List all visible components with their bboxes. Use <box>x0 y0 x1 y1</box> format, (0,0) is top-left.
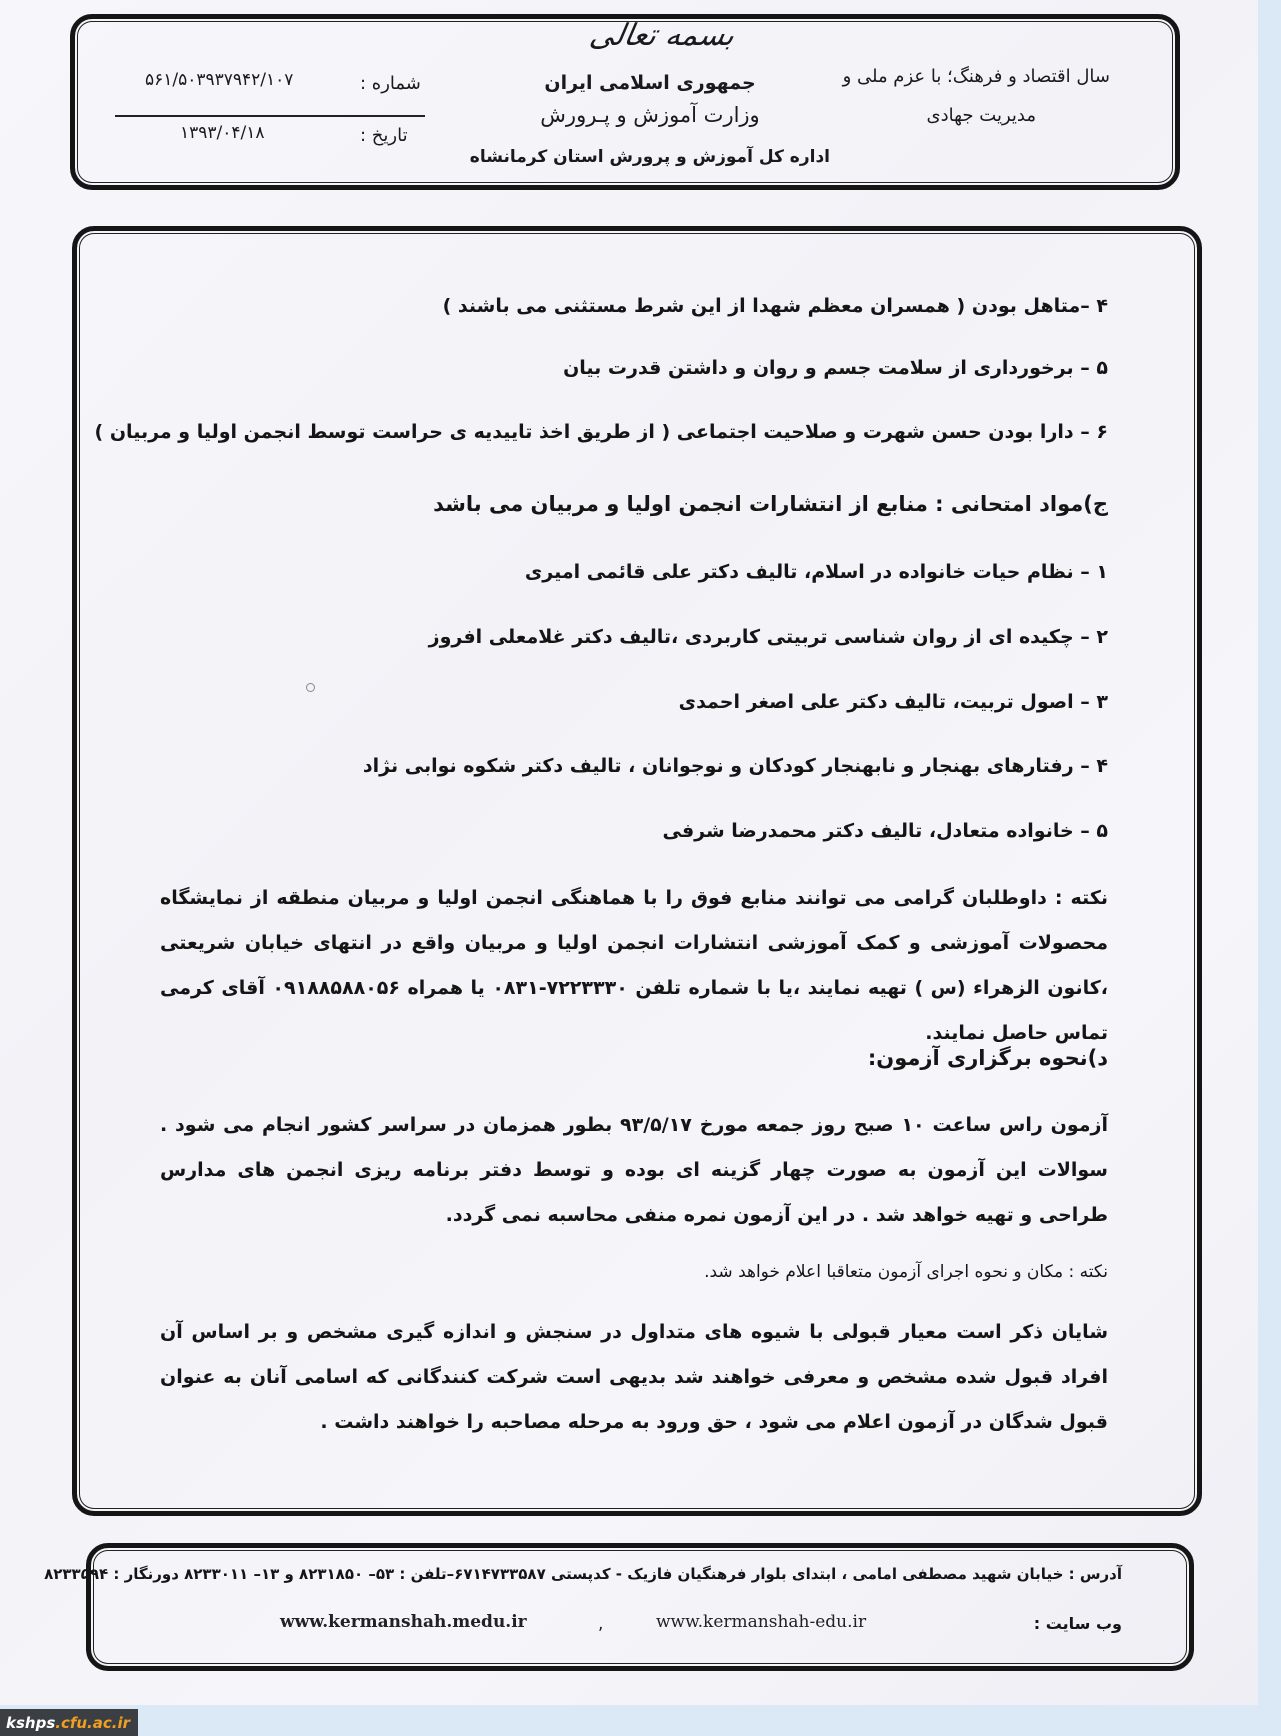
letter-page: بسمه تعالی جمهوری اسلامی ایران وزارت آمو… <box>0 0 1258 1705</box>
date-label: تاریخ : <box>360 125 408 146</box>
sources-note: نکته : داوطلبان گرامی می توانند منابع فو… <box>160 876 1108 1056</box>
site-watermark: kshps.cfu.ac.ir <box>0 1709 138 1736</box>
condition-item: ۶ – دارا بودن حسن شهرت و صلاحیت اجتماعی … <box>95 421 1108 443</box>
acceptance-paragraph: شایان ذکر است معیار قبولی با شیوه های مت… <box>160 1310 1108 1445</box>
header-divider <box>115 115 425 117</box>
footer-address: آدرس : خیابان شهید مصطفی امامی ، ابتدای … <box>44 1565 1122 1583</box>
watermark-part1: kshps <box>6 1714 55 1732</box>
source-item: ۴ – رفتارهای بهنجار و نابهنجار کودکان و … <box>363 755 1108 777</box>
source-item: ۲ – چکیده ای از روان شناسی تربیتی کاربرد… <box>429 626 1108 648</box>
condition-item: ۵ – برخورداری از سلامت جسم و روان و داشت… <box>563 357 1108 379</box>
condition-item: ۴ –متاهل بودن ( همسران معظم شهدا از این … <box>443 295 1108 317</box>
source-item: ۳ – اصول تربیت، تالیف دکتر علی اصغر احمد… <box>679 691 1108 713</box>
number-value: ۵۶۱/۵۰۳۹۳۷۹۴۲/۱۰۷ <box>145 70 293 90</box>
office-title: اداره کل آموزش و پرورش استان کرمانشاه <box>470 147 830 167</box>
year-slogan-line2: مدیریت جهادی <box>927 105 1036 126</box>
section-d-heading: د)نحوه برگزاری آزمون: <box>868 1046 1108 1070</box>
date-value: ۱۳۹۳/۰۴/۱۸ <box>180 123 265 143</box>
year-slogan-line1: سال اقتصاد و فرهنگ؛ با عزم ملی و <box>843 66 1110 87</box>
basmala-calligraphy: بسمه تعالی <box>587 18 737 53</box>
footer-frame <box>86 1543 1194 1671</box>
source-item: ۵ – خانواده متعادل، تالیف دکتر محمدرضا ش… <box>662 820 1108 842</box>
republic-title: جمهوری اسلامی ایران <box>540 72 760 94</box>
exam-paragraph: آزمون راس ساعت ۱۰ صبح روز جمعه مورخ ۹۳/۵… <box>160 1103 1108 1238</box>
ministry-title: وزارت آموزش و پـرورش <box>520 103 780 127</box>
source-item: ۱ – نظام حیات خانواده در اسلام، تالیف دک… <box>525 561 1108 583</box>
website-link-edu[interactable]: www.kermanshah-edu.ir <box>656 1612 866 1632</box>
website-link-medu[interactable]: www.kermanshah.medu.ir <box>280 1612 527 1632</box>
website-label: وب سایت : <box>1034 1614 1122 1633</box>
number-label: شماره : <box>360 73 421 94</box>
location-note: نکته : مکان و نحوه اجرای آزمون متعاقبا ا… <box>704 1262 1108 1282</box>
scan-mark <box>306 683 315 692</box>
watermark-part2: .cfu.ac.ir <box>55 1714 130 1732</box>
section-c-heading: ج)مواد امتحانی : منابع از انتشارات انجمن… <box>433 492 1108 516</box>
website-separator: , <box>598 1614 603 1634</box>
